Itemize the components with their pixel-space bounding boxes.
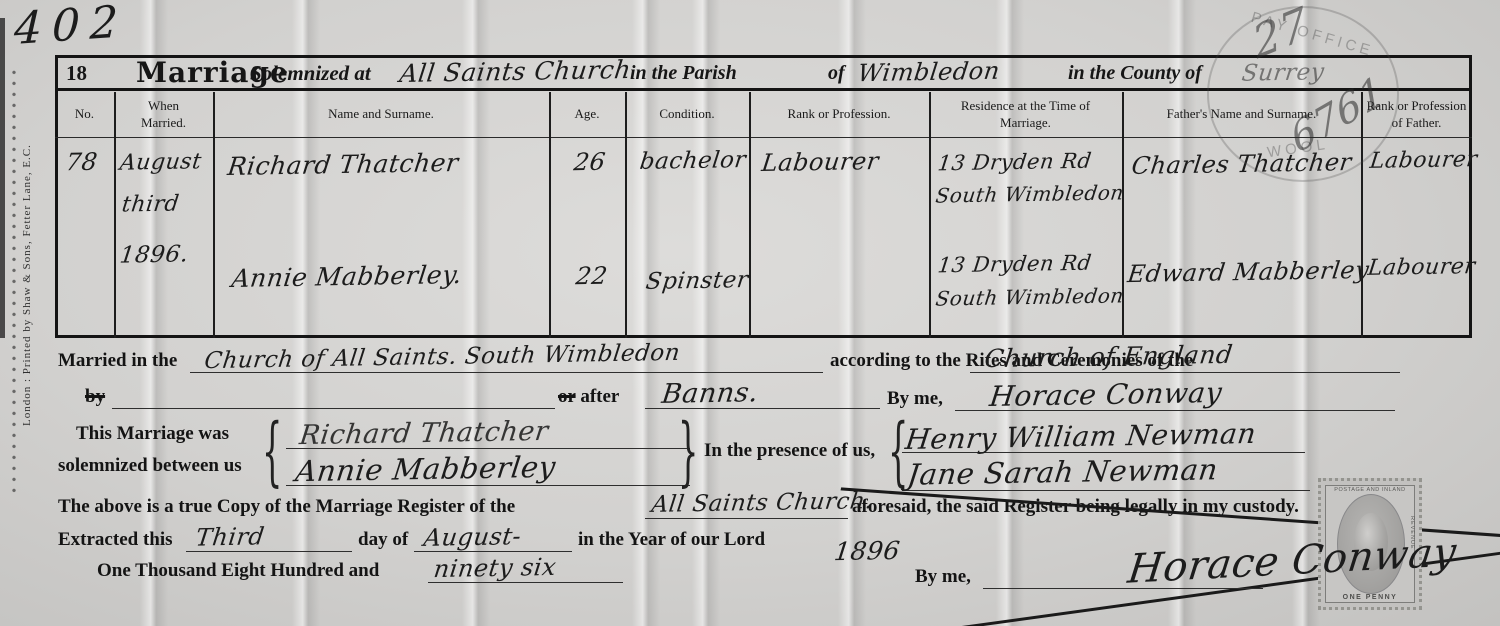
groom-father-rank: Labourer — [1368, 147, 1479, 174]
groom-condition: bachelor — [638, 147, 747, 175]
after-label: after — [580, 386, 619, 407]
fill-line — [112, 408, 555, 409]
title-solemnized-at: Solemnized at — [250, 61, 371, 86]
colhead-line: No. — [75, 106, 94, 122]
day-of-label: day of — [358, 529, 408, 551]
by-label-struck: by — [85, 386, 105, 408]
married-in-label: Married in the — [58, 350, 177, 372]
when-married-day: third — [120, 192, 180, 218]
or-label-struck: or — [558, 386, 576, 407]
colhead-line: Condition. — [659, 106, 714, 122]
bride-residence-1: 13 Dryden Rd — [936, 251, 1093, 278]
married-place-handwritten: Church of All Saints. South Wimbledon — [203, 340, 682, 374]
groom-age: 26 — [572, 148, 607, 177]
or-after-label: or after — [558, 386, 619, 408]
entry-number: 78 — [64, 148, 99, 177]
colhead-name: Name and Surname. — [213, 92, 549, 137]
year-lord-label: in the Year of our Lord — [578, 529, 765, 551]
presence-label: In the presence of us, — [704, 440, 875, 462]
bride-condition: Spinster — [644, 267, 750, 295]
bride-age: 22 — [574, 262, 609, 291]
year-words-handwritten: ninety six — [432, 553, 558, 583]
printer-credit: London : Printed by Shaw & Sons, Fetter … — [21, 70, 35, 500]
extracted-label: Extracted this — [58, 529, 173, 551]
rites-handwritten: Church of England — [983, 340, 1235, 373]
colhead-line: of Father. — [1392, 115, 1442, 131]
bride-signature: Annie Mabberley — [294, 450, 558, 489]
officiant-signature: Horace Conway — [988, 376, 1224, 413]
colhead-line: Age. — [575, 106, 600, 122]
true-copy-label: The above is a true Copy of the Marriage… — [58, 496, 515, 518]
colhead-residence: Residence at the Time ofMarriage. — [929, 92, 1122, 137]
brace-close-couple: } — [678, 406, 698, 495]
fill-line — [645, 518, 848, 519]
church-name-handwritten: All Saints Church — [398, 55, 633, 88]
groom-signature: Richard Thatcher — [298, 416, 550, 451]
colhead-line: Married. — [141, 115, 186, 131]
groom-residence-2: South Wimbledon — [934, 180, 1125, 207]
colhead-line: Residence at the Time of — [961, 98, 1090, 114]
postage-stamp-denomination: ONE PENNY — [1326, 594, 1414, 601]
colhead-condition: Condition. — [625, 92, 749, 137]
when-married-year: 1896. — [118, 241, 190, 268]
colhead-rank: Rank or Profession. — [749, 92, 929, 137]
witness-2-signature: Jane Sarah Newman — [906, 452, 1220, 491]
extracted-month-handwritten: August- — [422, 522, 523, 552]
colhead-line: Marriage. — [1000, 115, 1051, 131]
postage-stamp-arc-text: POSTAGE AND INLAND — [1326, 487, 1414, 493]
banns-handwritten: Banns. — [660, 377, 760, 410]
between-us-label: solemnized between us — [58, 455, 242, 477]
register-place-handwritten: All Saints Church. — [650, 488, 875, 518]
colhead-line: Name and Surname. — [328, 106, 434, 122]
colhead-line: When — [148, 98, 179, 114]
marriage-certificate: London : Printed by Shaw & Sons, Fetter … — [0, 0, 1500, 626]
bride-father-name: Edward Mabberley — [1126, 256, 1371, 288]
marriage-was-label: This Marriage was — [76, 423, 229, 445]
groom-rank: Labourer — [760, 147, 880, 177]
colhead-line: Rank or Profession. — [788, 106, 891, 122]
groom-residence-1: 13 Dryden Rd — [936, 149, 1093, 176]
parish-label: in the Parish — [630, 62, 737, 85]
ornamental-border — [9, 68, 21, 498]
brace-open-couple: { — [262, 406, 282, 495]
thousand-label: One Thousand Eight Hundred and — [97, 560, 379, 582]
colhead-age: Age. — [549, 92, 625, 137]
manuscript-ref-number: 402 — [13, 0, 128, 55]
groom-name: Richard Thatcher — [226, 148, 460, 181]
scan-edge — [0, 18, 5, 338]
colhead-when-married: WhenMarried. — [114, 92, 213, 137]
when-married-month: August — [118, 149, 203, 175]
bride-residence-2: South Wimbledon — [934, 283, 1125, 310]
fill-line — [983, 588, 1263, 589]
bride-father-rank: Labourer — [1366, 254, 1477, 281]
witness-1-signature: Henry William Newman — [904, 417, 1259, 456]
of-label: of — [828, 62, 845, 85]
by-me-label-2: By me, — [915, 566, 971, 588]
extracted-day-handwritten: Third — [194, 522, 266, 551]
bride-name: Annie Mabberley. — [230, 260, 464, 293]
year-prefix: 18 — [66, 61, 87, 86]
county-label: in the County of — [1068, 62, 1202, 85]
parish-handwritten: Wimbledon — [856, 57, 1001, 87]
colhead-no: No. — [55, 92, 114, 137]
